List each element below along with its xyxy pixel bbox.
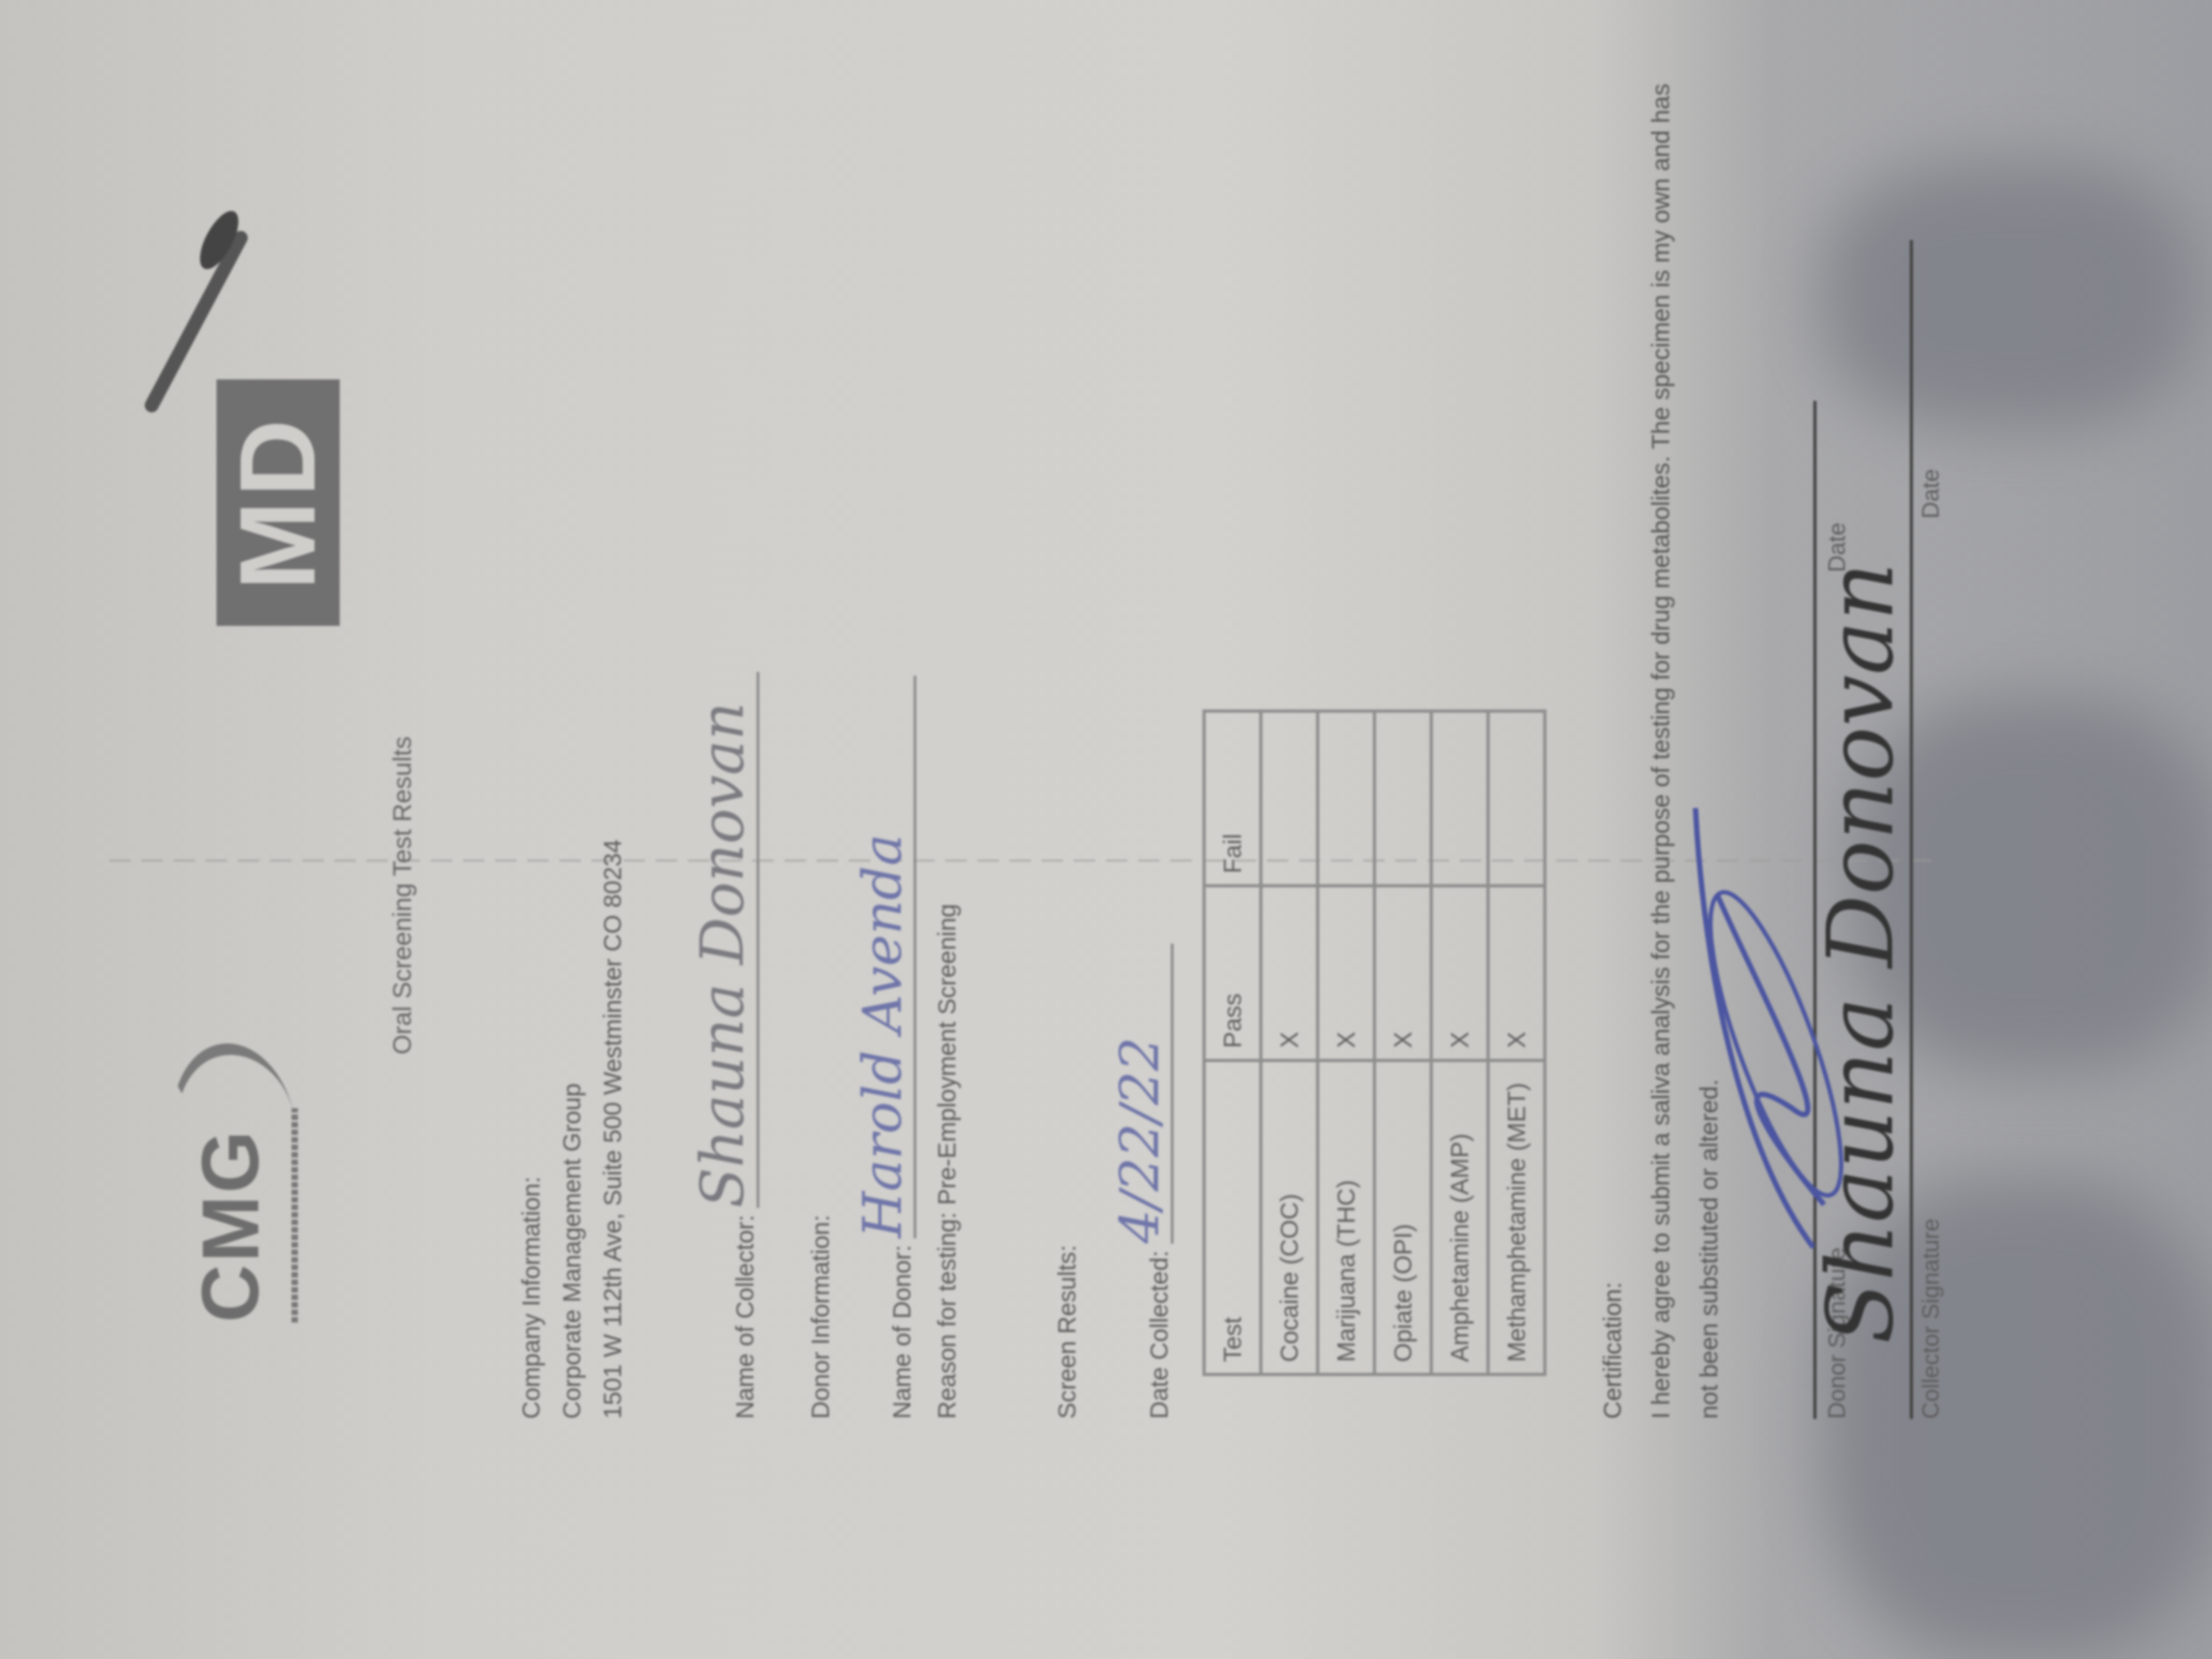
swoosh-icon (160, 1034, 310, 1225)
company-heading: Company Information: (517, 839, 545, 1419)
pass-cell: X (1318, 886, 1374, 1060)
pass-cell: X (1488, 886, 1545, 1060)
pass-cell: X (1374, 886, 1431, 1060)
cmg-logo: CMG (184, 1097, 308, 1322)
document-page: CMG MD Oral Screening Test Results Compa… (109, 58, 1931, 1644)
column-header-test: Test (1204, 1060, 1261, 1374)
company-name: Corporate Management Group (557, 839, 586, 1419)
company-address: 1501 W 112th Ave, Suite 500 Westminster … (598, 839, 627, 1419)
collector-signature-handwritten: Shauna Donovan (1808, 562, 1914, 1344)
column-header-fail: Fail (1204, 711, 1261, 886)
test-name-cell: Amphetamine (AMP) (1431, 1060, 1488, 1374)
fail-cell (1318, 711, 1374, 886)
document-title: Oral Screening Test Results (388, 736, 417, 1055)
table-row: Methamphetamine (MET)X (1488, 711, 1545, 1374)
screen-results: Screen Results: Date Collected: 4/22/22 (1052, 944, 1174, 1419)
collector-name-handwritten: Shauna Donovan (688, 702, 757, 1208)
certification-heading: Certification: (1588, 79, 1636, 1419)
pass-cell: X (1431, 886, 1488, 1060)
column-header-pass: Pass (1204, 886, 1261, 1060)
fail-cell (1261, 711, 1318, 886)
donor-name-handwritten: Harold Avenda (851, 834, 914, 1238)
table-row: Marijuana (THC)X (1318, 711, 1374, 1374)
results-table: Test Pass Fail Cocaine (COC)XMarijuana (… (1202, 709, 1546, 1376)
collector-name-line: Shauna Donovan (688, 672, 759, 1208)
test-name-cell: Marijuana (THC) (1318, 1060, 1374, 1374)
reason-label: Reason for testing: (933, 1212, 961, 1419)
collector-signature-label: Collector Signature (1918, 1219, 1945, 1419)
donor-name-label: Name of Donor: (888, 1245, 916, 1419)
table-row: Amphetamine (AMP)X (1431, 711, 1488, 1374)
donor-heading: Donor Information: (806, 676, 835, 1419)
pass-cell: X (1261, 886, 1318, 1060)
md-logo: MD (216, 379, 340, 626)
company-info: Company Information: Corporate Managemen… (517, 839, 627, 1419)
test-name-cell: Methamphetamine (MET) (1488, 1060, 1545, 1374)
test-name-cell: Opiate (OPI) (1374, 1060, 1431, 1374)
date-collected-handwritten: 4/22/22 (1108, 1037, 1171, 1244)
date-collected-label: Date Collected: (1145, 1251, 1173, 1419)
collector-date-label: Date (1918, 469, 1945, 519)
collector-label: Name of Collector: (731, 1215, 759, 1419)
date-collected-line: 4/22/22 (1108, 944, 1174, 1244)
fail-cell (1374, 711, 1431, 886)
logo-tagline (292, 1108, 298, 1322)
table-row: Cocaine (COC)X (1261, 711, 1318, 1374)
donor-info: Donor Information: Name of Donor: Harold… (806, 676, 961, 1419)
fail-cell (1431, 711, 1488, 886)
table-header-row: Test Pass Fail (1204, 711, 1261, 1374)
reason-value: Pre-Employment Screening (933, 904, 961, 1205)
screen-results-heading: Screen Results: (1052, 944, 1081, 1419)
test-name-cell: Cocaine (COC) (1261, 1060, 1318, 1374)
collector-field: Name of Collector: Shauna Donovan (688, 672, 759, 1419)
fail-cell (1488, 711, 1545, 886)
table-row: Opiate (OPI)X (1374, 711, 1431, 1374)
donor-name-line: Harold Avenda (851, 676, 916, 1238)
